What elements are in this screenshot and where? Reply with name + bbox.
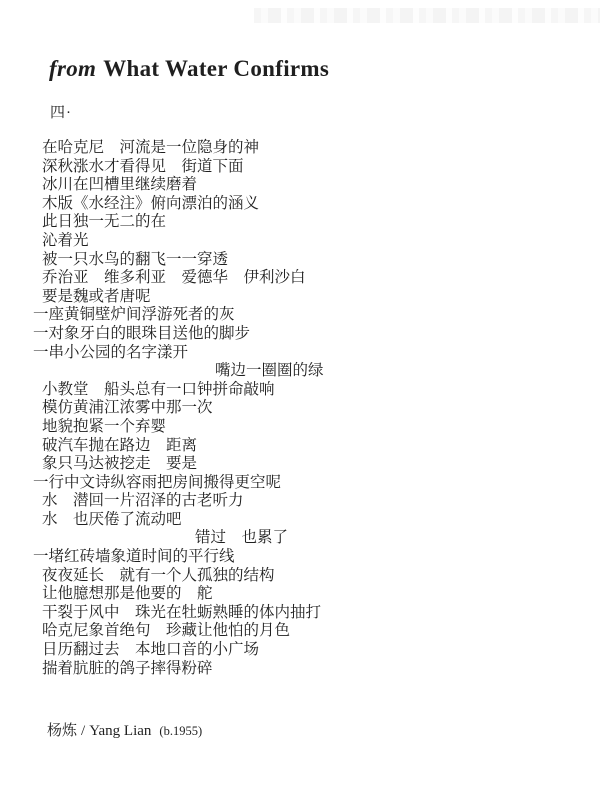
poem-line: 水 也厌倦了流动吧	[0, 511, 600, 530]
page-title-main: What Water Confirms	[103, 56, 329, 81]
poet-birth-year: (b.1955)	[159, 724, 202, 738]
poem-line: 干裂于风中 珠光在牡蛎熟睡的体内抽打	[0, 604, 600, 623]
poem-line: 一堵红砖墙象道时间的平行线	[0, 548, 600, 567]
poem-line: 哈克尼象首绝句 珍藏让他怕的月色	[0, 622, 600, 641]
poem-line: 冰川在凹槽里继续磨着	[0, 176, 600, 195]
poem-line: 一串小公园的名字漾开	[0, 344, 600, 363]
poem-line: 一座黄铜壁炉间浮游死者的灰	[0, 306, 600, 325]
attribution-divider: /	[81, 723, 85, 739]
poem-line: 一行中文诗纵容雨把房间搬得更空呢	[0, 474, 600, 493]
poem-line: 被一只水鸟的翻飞一一穿透	[0, 251, 600, 270]
page-title: fromWhat Water Confirms	[49, 56, 329, 82]
poem-line: 日历翻过去 本地口音的小广场	[0, 641, 600, 660]
poem-line: 嘴边一圈圈的绿	[0, 362, 600, 381]
poet-name-chinese: 杨炼	[47, 723, 77, 739]
poem-line: 象只马达被挖走 要是	[0, 455, 600, 474]
section-marker: 四·	[50, 101, 72, 122]
poem-line: 地貌抱紧一个弃婴	[0, 418, 600, 437]
faded-header-artifact	[254, 8, 600, 23]
poem-line: 沁着光	[0, 232, 600, 251]
attribution: 杨炼/Yang Lian(b.1955)	[47, 719, 202, 740]
poem-line: 乔治亚 维多利亚 爱德华 伊利沙白	[0, 269, 600, 288]
poem-line: 揣着肮脏的鸽子摔得粉碎	[0, 660, 600, 679]
poem-line: 此日独一无二的在	[0, 213, 600, 232]
poet-name-english: Yang Lian	[89, 723, 151, 739]
poem-line: 要是魏或者唐呢	[0, 288, 600, 307]
poem-line: 模仿黄浦江浓雾中那一次	[0, 399, 600, 418]
poem-line: 木版《水经注》俯向漂泊的涵义	[0, 195, 600, 214]
poem-page: fromWhat Water Confirms 四· 在哈克尼 河流是一位隐身的…	[0, 0, 600, 800]
poem-line: 破汽车抛在路边 距离	[0, 437, 600, 456]
poem-line: 让他臆想那是他要的 舵	[0, 585, 600, 604]
poem-line: 错过 也累了	[0, 529, 600, 548]
poem-line: 夜夜延长 就有一个人孤独的结构	[0, 567, 600, 586]
poem-line: 深秋涨水才看得见 街道下面	[0, 158, 600, 177]
poem-line: 在哈克尼 河流是一位隐身的神	[0, 139, 600, 158]
poem-lines: 在哈克尼 河流是一位隐身的神深秋涨水才看得见 街道下面冰川在凹槽里继续磨着木版《…	[0, 139, 600, 678]
poem-line: 水 潜回一片沼泽的古老听力	[0, 492, 600, 511]
page-title-italic-prefix: from	[49, 56, 96, 81]
poem-line: 一对象牙白的眼珠目送他的脚步	[0, 325, 600, 344]
poem-line: 小教堂 船头总有一口钟拼命敲响	[0, 381, 600, 400]
